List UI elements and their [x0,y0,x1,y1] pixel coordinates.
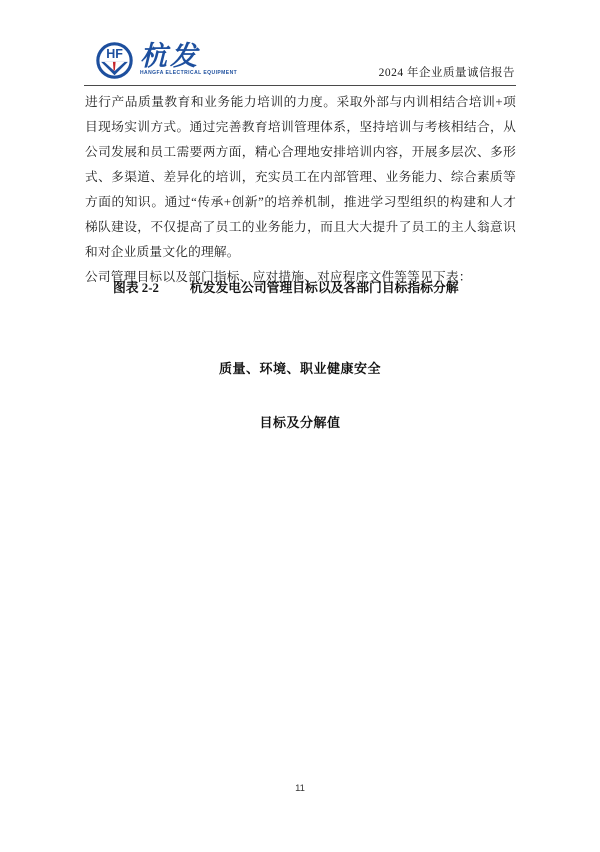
body-text: 进行产品质量教育和业务能力培训的力度。采取外部与内训相结合培训+项目现场实训方式… [85,90,516,290]
report-title: 2024 年企业质量诚信报告 [379,64,515,80]
figure-caption: 图表 2-2 杭发发电公司管理目标以及各部门目标指标分解 [85,277,516,296]
paragraph-training: 进行产品质量教育和业务能力培训的力度。采取外部与内训相结合培训+项目现场实训方式… [85,90,516,265]
report-page: HF 杭发 HANGFA ELECTRICAL EQUIPMENT 2024 年… [0,0,600,852]
section-heading-targets: 目标及分解值 [0,412,600,431]
logo-monogram: HF [106,47,123,61]
brand-name: 杭发 [140,43,237,70]
figure-caption-title: 杭发发电公司管理目标以及各部门目标指标分解 [190,277,459,296]
brand-block: 杭发 HANGFA ELECTRICAL EQUIPMENT [140,43,237,77]
figure-caption-label: 图表 2-2 [113,277,159,296]
section-heading-qehs: 质量、环境、职业健康安全 [0,358,600,377]
header-divider [84,85,516,86]
brand-tagline: HANGFA ELECTRICAL EQUIPMENT [140,70,237,77]
hf-logo-icon: HF [96,42,133,79]
company-logo: HF 杭发 HANGFA ELECTRICAL EQUIPMENT [96,42,237,79]
page-number: 11 [0,783,600,794]
